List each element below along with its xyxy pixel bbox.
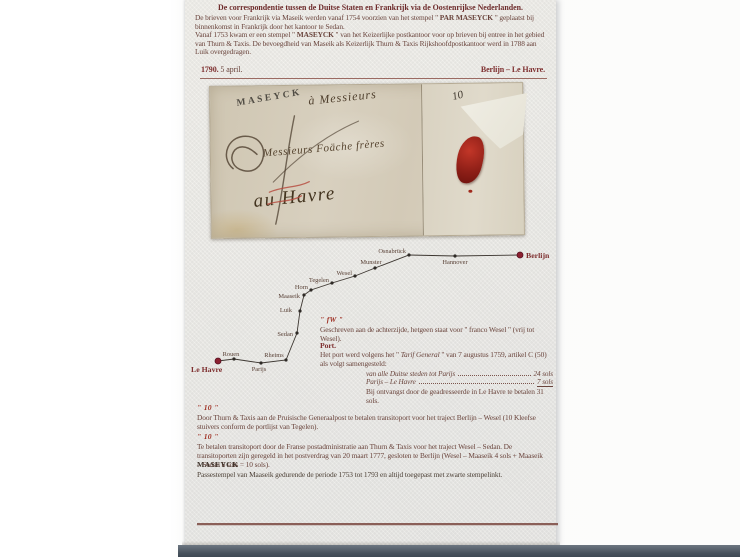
port-row-label: van alle Duitse steden tot Parijs (366, 370, 455, 378)
map-dot-maaseik (302, 293, 305, 296)
port-row: van alle Duitse steden tot Parijs24 sols (366, 370, 553, 378)
ten-text-1: Door Thurn & Taxis aan de Pruisische Gen… (197, 414, 544, 431)
map-dot-luik (298, 309, 301, 312)
wax-seal-drip (468, 190, 472, 193)
stamp-name-maseyck: MASEYCK (297, 30, 334, 39)
table-surface-strip (178, 545, 740, 557)
map-label-hannover: Hannover (442, 259, 468, 266)
map-label-maaseik: Maaseik (278, 293, 300, 300)
exhibit-page: De correspondentie tussen de Duitse Stat… (185, 0, 556, 546)
map-label-luik: Luik (280, 307, 293, 314)
stamp-name-par-maseyck: PAR MASEYCK (440, 13, 493, 22)
date-label: 5 april. (219, 65, 243, 74)
map-label-parijs: Parijs (252, 366, 267, 373)
maseyck-annotation: MASEYCK Passestempel van Maaseik geduren… (197, 461, 544, 480)
map-dot-sedan (295, 331, 298, 334)
map-dot-hannover (453, 254, 456, 257)
dotted-leader (419, 383, 534, 384)
port-total: Bij ontvangst door de geadresseerde in L… (366, 388, 553, 405)
map-label-sedan: Sedan (277, 331, 293, 338)
map-dot-parijs (259, 361, 262, 364)
port-annotation: Port. Het port werd volgens het " Tarif … (320, 342, 553, 405)
photo-of-album-page: De correspondentie tussen de Duitse Stat… (0, 0, 740, 557)
map-dot-le-havre (215, 358, 221, 364)
map-dot-osnabrück (407, 253, 410, 256)
page-title: De correspondentie tussen de Duitse Stat… (191, 4, 550, 13)
port-row-label: Parijs – Le Havre (366, 378, 416, 386)
map-label-berlijn: Berlijn (526, 251, 550, 260)
letter-photo: MASEYCK à Messieurs Messieurs Foäche frè… (209, 82, 525, 239)
map-label-rouen: Rouen (223, 351, 240, 358)
map-label-rheims: Rheims (264, 352, 284, 359)
transit-10-annotation-1: " 10 " Door Thurn & Taxis aan de Pruisis… (197, 404, 544, 432)
map-dot-horn (309, 288, 312, 291)
map-label-horn: Horn (295, 284, 309, 291)
dateline: Berlijn – Le Havre. 1790. 5 april. (201, 66, 545, 75)
map-label-le-havre: Le Havre (191, 365, 223, 374)
map-dot-munster (373, 266, 376, 269)
handwritten-address-line1: à Messieurs (308, 87, 378, 109)
ten-marker-2: " 10 " (197, 433, 544, 442)
paragraph-text: Vanaf 1753 kwam er een stempel " (195, 30, 297, 39)
tarif-general-reference: Tarif General (401, 350, 440, 359)
port-intro: Het port werd volgens het " Tarif Genera… (320, 351, 553, 368)
ten-marker-1: " 10 " (197, 404, 544, 413)
intro-paragraph-1: De brieven voor Frankrijk via Maseik wer… (195, 14, 549, 31)
port-row: Parijs – Le Havre7 sols (366, 378, 553, 387)
port-row-value: 7 sols (537, 378, 553, 387)
port-row-value: 24 sols (534, 370, 553, 378)
maseyck-text: Passestempel van Maaseik gedurende de pe… (197, 471, 544, 480)
paragraph-text: De brieven voor Frankrijk via Maseik wer… (195, 13, 440, 22)
map-label-osnabrück: Osnabrück (378, 248, 406, 255)
handwriting-flourish (216, 111, 397, 235)
maseyck-postmark: MASEYCK (236, 88, 302, 109)
map-dot-tegelen (330, 281, 333, 284)
map-dot-rheims (284, 358, 287, 361)
footer-rule (197, 523, 558, 525)
header-rule (200, 78, 547, 79)
intro-paragraph-2: Vanaf 1753 kwam er een stempel " MASEYCK… (195, 31, 549, 57)
port-intro-text: Het port werd volgens het " (320, 350, 401, 359)
fw-marker: " fW " (320, 316, 553, 325)
dotted-leader (458, 375, 530, 376)
year-label: 1790. (201, 65, 219, 74)
fw-annotation: " fW " Geschreven aan de achterzijde, he… (320, 316, 553, 344)
map-dot-berlijn (517, 252, 523, 258)
port-tariff-rows: van alle Duitse steden tot Parijs24 sols… (366, 370, 553, 387)
map-label-tegelen: Tegelen (309, 277, 330, 284)
map-label-wesel: Wesel (337, 270, 353, 277)
map-label-munster: Munster (360, 259, 382, 266)
maseyck-heading: MASEYCK (197, 461, 544, 470)
map-dot-wesel (353, 274, 356, 277)
route-label: Berlijn – Le Havre. (481, 66, 545, 75)
fw-text: Geschreven aan de achterzijde, hetgeen s… (320, 326, 553, 343)
